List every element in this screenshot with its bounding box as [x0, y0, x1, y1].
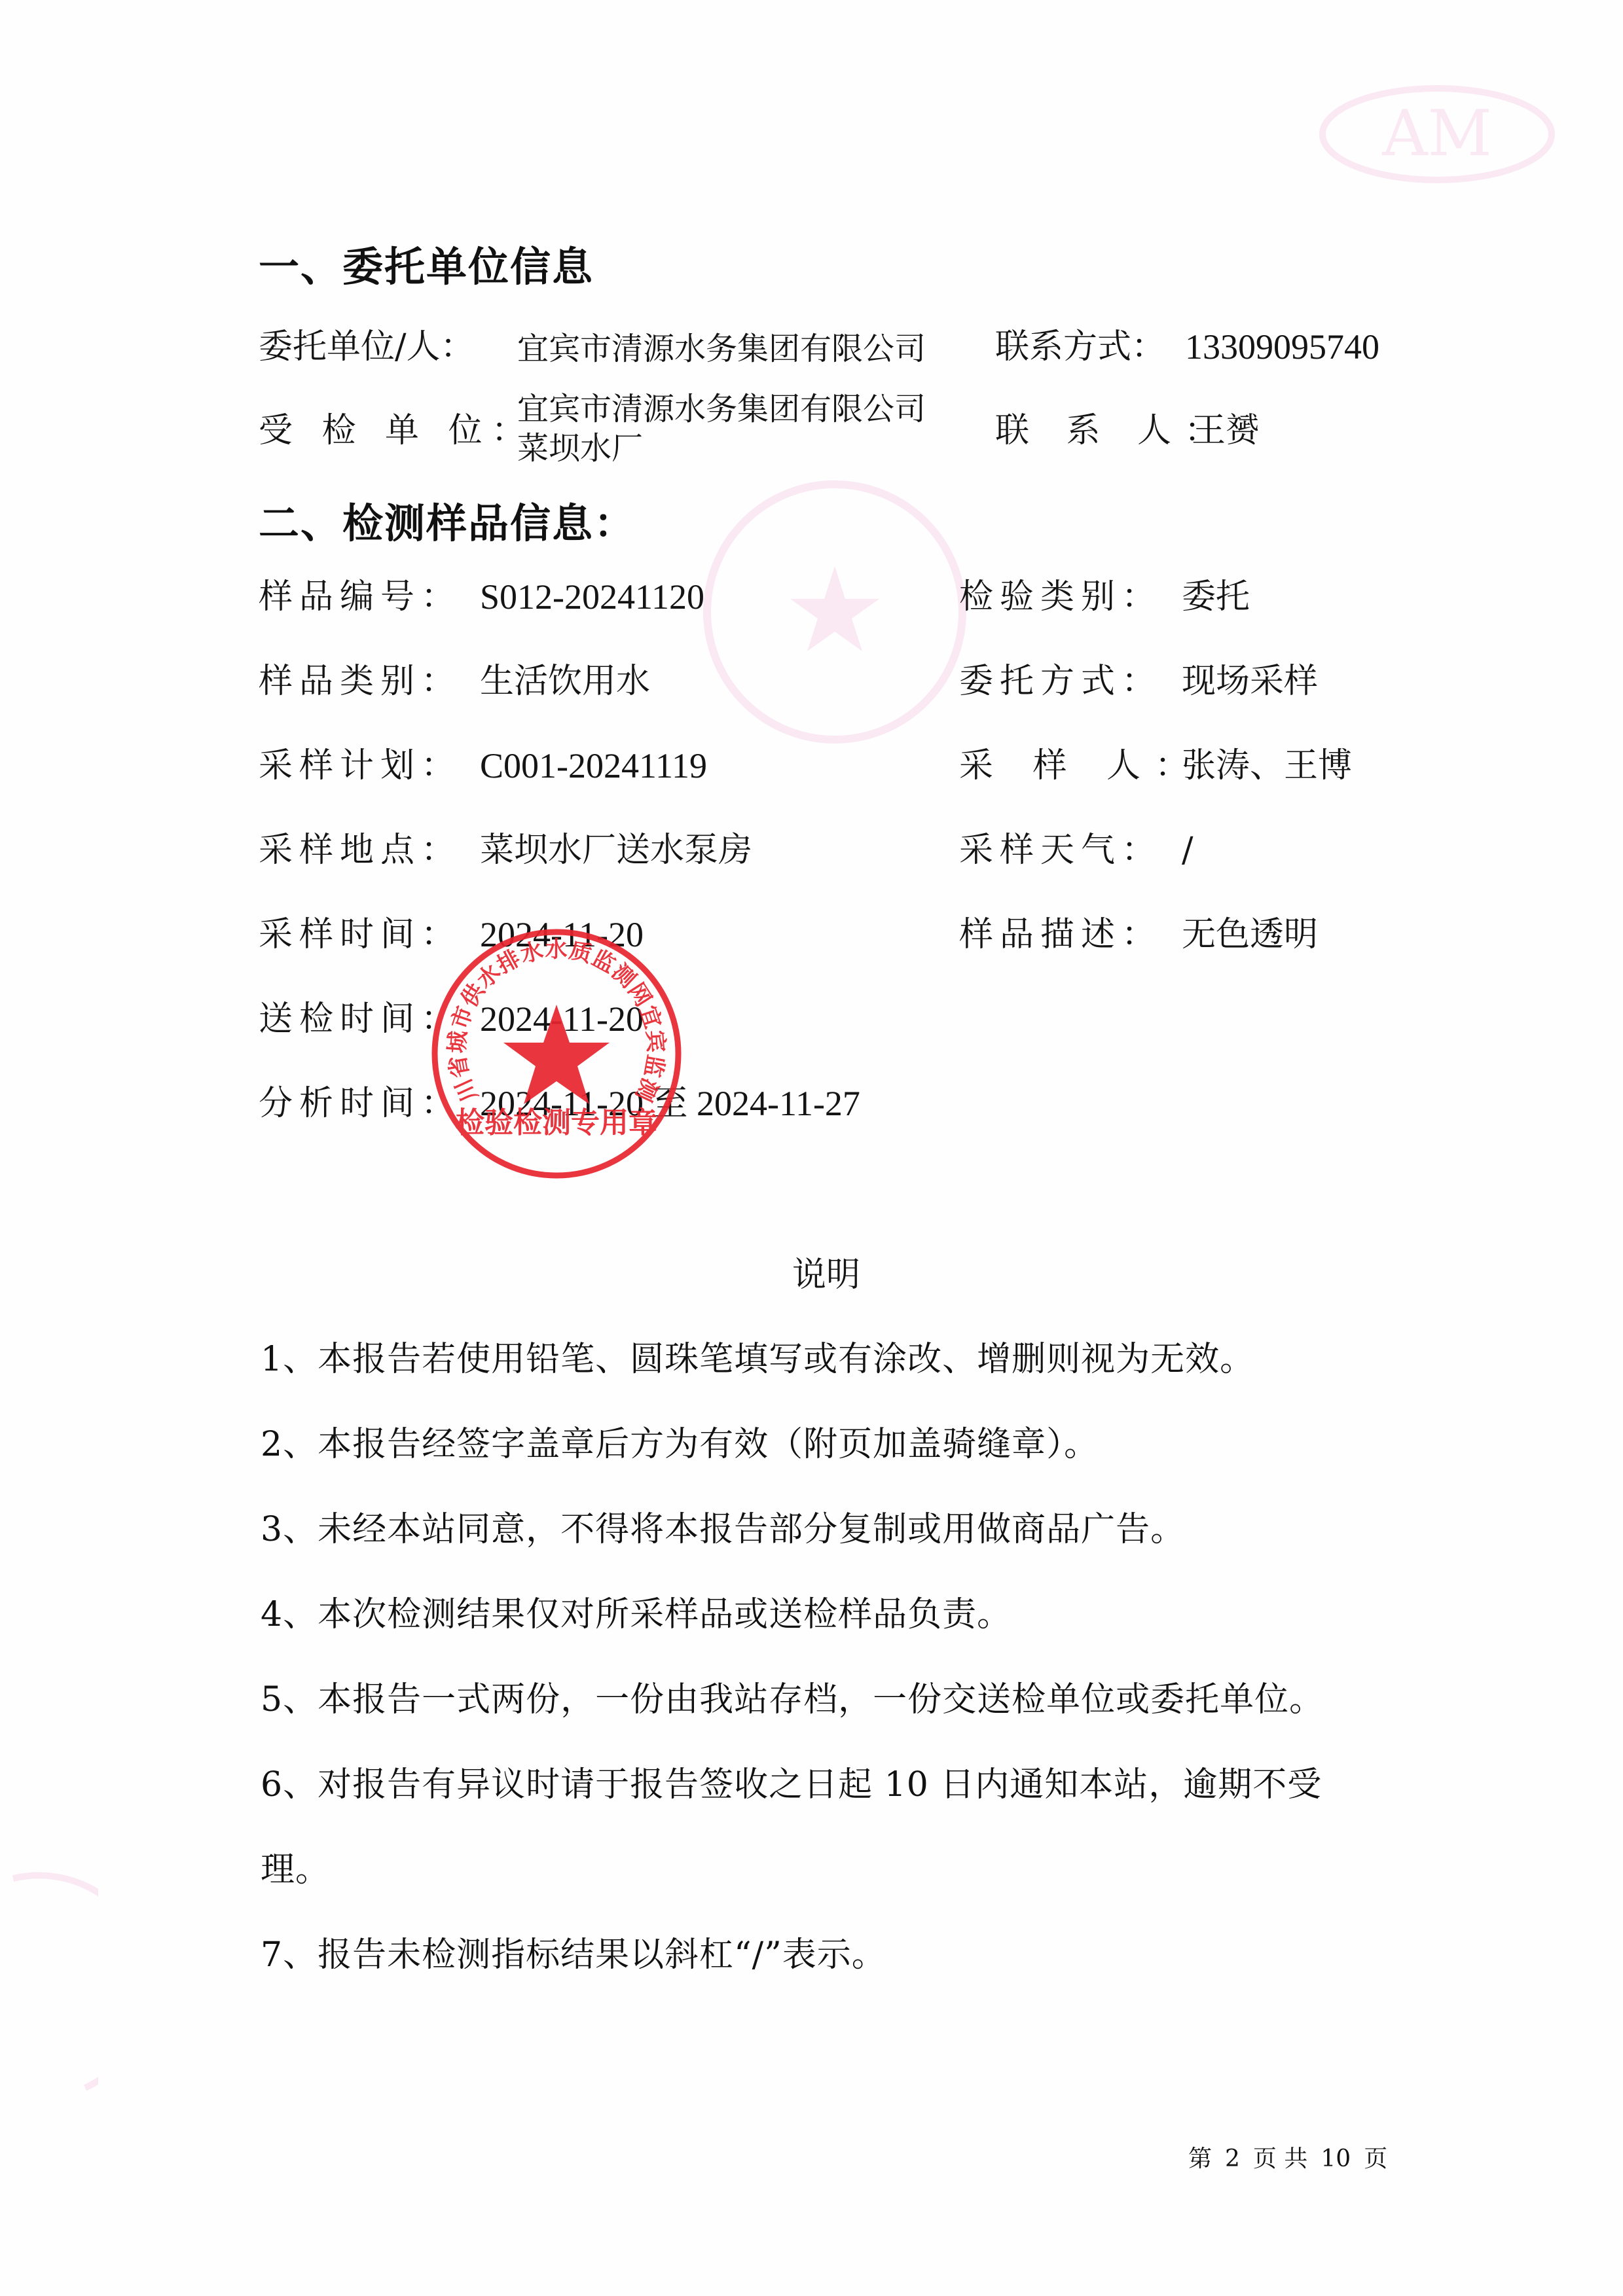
- inspected-unit-value-line1: 宜宾市清源水务集团有限公司: [517, 389, 926, 429]
- sampling-weather-label: 采样天气：: [959, 831, 1162, 870]
- report-page: AM 一、委托单位信息 委托单位/人： 宜宾市清源水务集团有限公司 联系方式： …: [0, 0, 1623, 2296]
- sampling-location-label: 采样地点：: [259, 831, 462, 870]
- inspection-type-value: 委托: [1182, 577, 1250, 617]
- seal-ghost-icon: [697, 475, 972, 749]
- sample-category-label: 样品类别：: [259, 662, 462, 701]
- official-seal-icon: 四川省城市供水排水水质监测网宜宾监测站 检验检测专用章: [429, 926, 684, 1181]
- commission-method-label: 委托方式：: [959, 662, 1162, 701]
- sampler-label: 采 样 人：: [959, 746, 1203, 785]
- client-value: 宜宾市清源水务集团有限公司: [517, 329, 926, 368]
- contact-method-label: 联系方式：: [995, 327, 1165, 367]
- page-total: 10: [1321, 2145, 1351, 2172]
- page-prefix: 第: [1188, 2145, 1212, 2172]
- sampling-weather-value: /: [1182, 831, 1194, 870]
- svg-text:AM: AM: [1381, 97, 1492, 170]
- sample-description-label: 样品描述：: [959, 915, 1162, 954]
- page-number: 第2页 共10页: [1188, 2140, 1400, 2174]
- sample-category-value: 生活饮用水: [480, 662, 650, 701]
- page-suffix: 页: [1364, 2145, 1387, 2172]
- note-item: 1、本报告若使用铅笔、圆珠笔填写或有涂改、增删则视为无效。: [261, 1340, 1254, 1379]
- sampling-plan-value: C001-20241119: [480, 746, 707, 785]
- cma-mark-ghost-icon: AM: [1316, 82, 1558, 187]
- contact-method-value: 13309095740: [1185, 327, 1379, 367]
- page-mid: 页 共: [1253, 2145, 1307, 2172]
- note-item: 6、对报告有异议时请于报告签收之日起 10 日内通知本站，逾期不受: [261, 1765, 1322, 1804]
- note-item: 4、本次检测结果仅对所采样品或送检样品负责。: [261, 1595, 1012, 1634]
- sampler-value: 张涛、王博: [1182, 746, 1352, 785]
- client-label: 委托单位/人：: [259, 327, 475, 367]
- sampling-plan-label: 采样计划：: [259, 746, 462, 785]
- client-row: 委托单位/人：: [259, 327, 475, 367]
- sample-description-value: 无色透明: [1182, 915, 1318, 954]
- notes-title: 说明: [792, 1255, 860, 1295]
- note-item: 3、未经本站同意，不得将本报告部分复制或用做商品广告。: [261, 1510, 1185, 1549]
- seam-stamp-ghost-icon: [0, 1872, 98, 2094]
- contact-person-value: 王赟: [1192, 411, 1260, 450]
- sample-number-label: 样品编号：: [259, 577, 462, 617]
- sampling-location-value: 菜坝水厂送水泵房: [480, 831, 752, 870]
- note-item: 理。: [261, 1850, 330, 1890]
- note-item: 5、本报告一式两份，一份由我站存档，一份交送检单位或委托单位。: [261, 1680, 1324, 1719]
- section-client-info-title: 一、委托单位信息: [259, 234, 594, 293]
- seal-inner-text: 检验检测专用章: [456, 1106, 657, 1139]
- inspected-unit-label: 受 检 单 位：: [259, 411, 535, 450]
- note-item: 2、本报告经签字盖章后方为有效（附页加盖骑缝章）。: [261, 1425, 1099, 1464]
- commission-method-value: 现场采样: [1182, 662, 1318, 701]
- inspected-unit-value-line2: 菜坝水厂: [517, 429, 643, 468]
- page-current: 2: [1225, 2145, 1240, 2172]
- section-sample-info-title: 二、检测样品信息：: [259, 491, 636, 549]
- note-item: 7、报告未检测指标结果以斜杠“/”表示。: [261, 1935, 886, 1975]
- sample-number-value: S012-20241120: [480, 577, 704, 617]
- inspection-type-label: 检验类别：: [959, 577, 1162, 617]
